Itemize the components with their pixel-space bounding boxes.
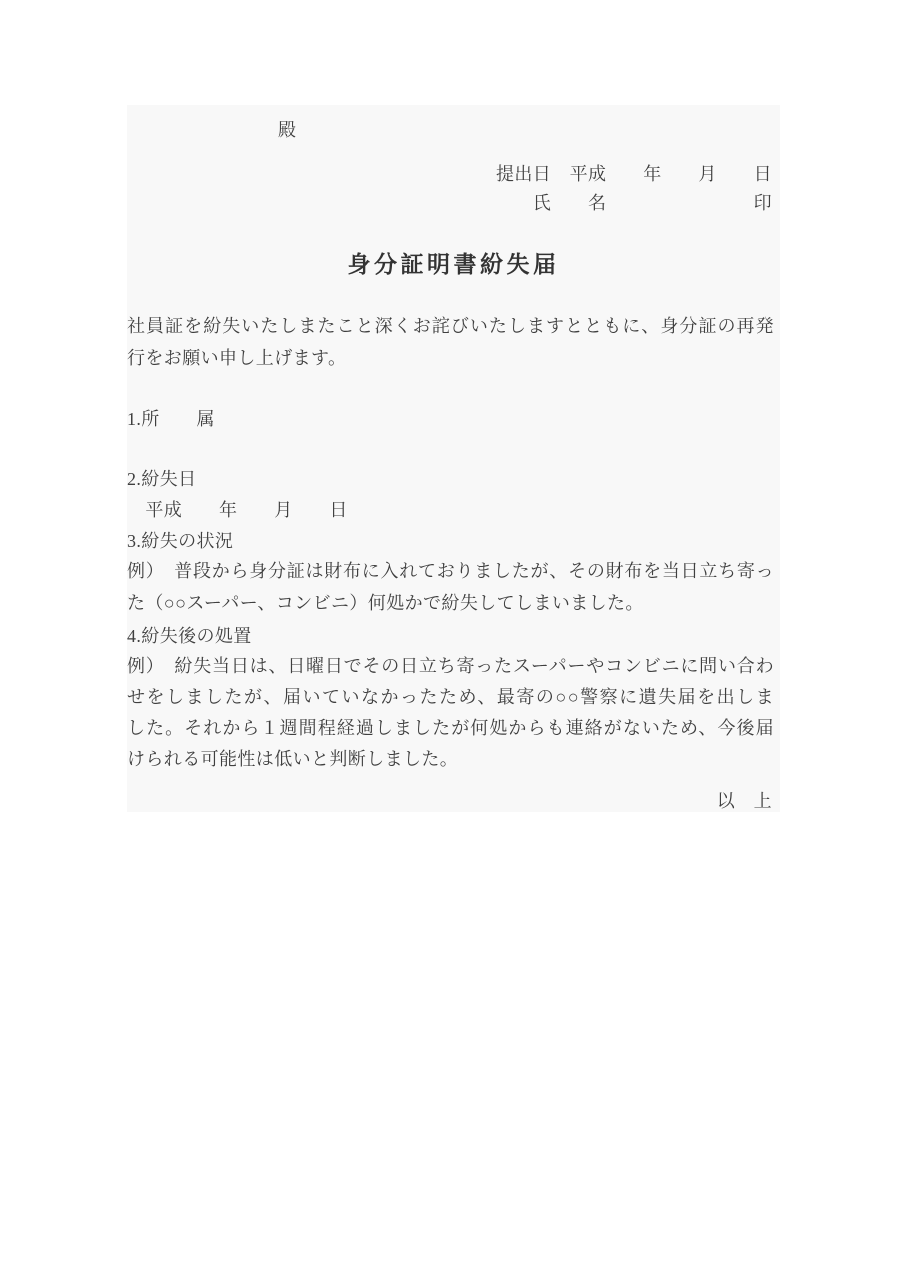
section-2-loss-date-heading: 2.紛失日 xyxy=(127,467,197,491)
document-title: 身分証明書紛失届 xyxy=(127,251,780,279)
section-2-date-blank-line: 平成 年 月 日 xyxy=(127,498,348,522)
closing-ijou-line: 以 上 xyxy=(717,789,772,813)
section-3-example-line-1: 例） 普段から身分証は財布に入れておりましたが、その財布を当日立ち寄っ xyxy=(127,559,774,583)
page-canvas: 殿 提出日 平成 年 月 日 氏 名 印 身分証明書紛失届 社員証を紛失いたしま… xyxy=(0,0,905,1280)
document-page: 殿 提出日 平成 年 月 日 氏 名 印 身分証明書紛失届 社員証を紛失いたしま… xyxy=(127,105,780,812)
addressee-line: 殿 xyxy=(278,118,296,142)
intro-paragraph-line-2: 行をお願い申し上げます。 xyxy=(127,346,346,370)
submission-date-line: 提出日 平成 年 月 日 xyxy=(496,162,772,186)
section-4-example-line-3: した。それから１週間程経過しましたが何処からも連絡がないため、今後届 xyxy=(127,716,774,740)
section-4-post-loss-action-heading: 4.紛失後の処置 xyxy=(127,624,252,648)
section-4-example-line-4: けられる可能性は低いと判断しました。 xyxy=(127,747,458,771)
section-4-example-line-2: せをしましたが、届いていなかったため、最寄の○○警察に遺失届を出しま xyxy=(127,685,774,709)
section-1-affiliation-heading: 1.所 属 xyxy=(127,407,215,431)
section-4-example-line-1: 例） 紛失当日は、日曜日でその日立ち寄ったスーパーやコンビニに問い合わ xyxy=(127,654,774,678)
name-seal-line: 氏 名 印 xyxy=(533,191,772,215)
intro-paragraph-line-1: 社員証を紛失いたしまたこと深くお詫びいたしますとともに、身分証の再発 xyxy=(127,314,774,338)
section-3-example-line-2: た（○○スーパー、コンビニ）何処かで紛失してしまいました。 xyxy=(127,591,644,615)
section-3-loss-situation-heading: 3.紛失の状況 xyxy=(127,529,233,553)
